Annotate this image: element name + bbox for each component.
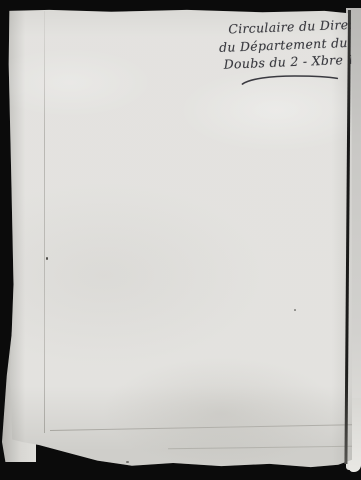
fold-line bbox=[44, 11, 45, 433]
ink-speck bbox=[294, 309, 296, 311]
ink-speck bbox=[126, 461, 129, 463]
ink-speck bbox=[46, 257, 48, 260]
plate-mark-bottom-line bbox=[50, 424, 352, 431]
scanned-document: Circulaire du Directoire du Département … bbox=[0, 0, 361, 480]
crease-line bbox=[168, 446, 352, 450]
handwritten-annotation: Circulaire du Directoire du Département … bbox=[216, 15, 361, 74]
manuscript-page: Circulaire du Directoire du Département … bbox=[8, 9, 352, 468]
underline-flourish bbox=[240, 72, 340, 86]
